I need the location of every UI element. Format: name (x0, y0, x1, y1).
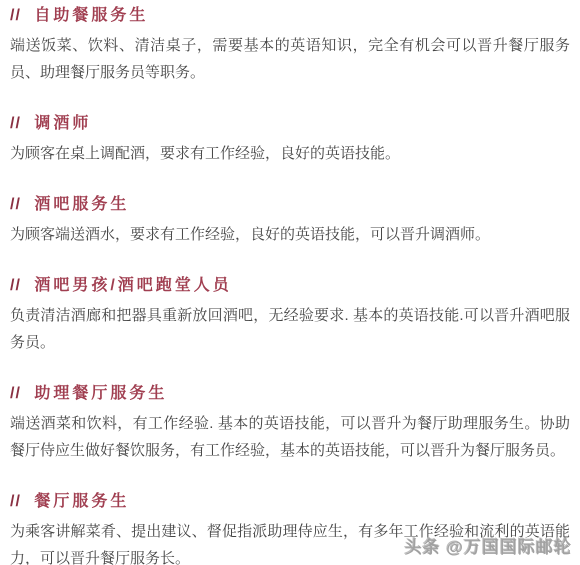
job-title-heading: // 调酒师 (10, 114, 570, 134)
job-title-text: 自助餐服务生 (34, 7, 148, 24)
slash-marker: // (10, 196, 21, 213)
job-description: 端送饭菜、饮料、清洁桌子，需要基本的英语知识，完全有机会可以晋升餐厅服务员、助理… (10, 32, 570, 86)
job-title-text: 酒吧男孩/酒吧跑堂人员 (34, 277, 231, 294)
job-title-heading: // 酒吧服务生 (10, 195, 570, 215)
job-title-heading: // 酒吧男孩/酒吧跑堂人员 (10, 276, 570, 296)
job-section: // 酒吧男孩/酒吧跑堂人员 负责清洁酒廊和把器具重新放回酒吧，无经验要求. 基… (10, 276, 570, 356)
toutiao-watermark: 头条 @万国国际邮轮 (405, 533, 572, 558)
job-title-text: 酒吧服务生 (34, 196, 129, 213)
job-description: 负责清洁酒廊和把器具重新放回酒吧，无经验要求. 基本的英语技能.可以晋升酒吧服务… (10, 302, 570, 356)
job-listing-document: // 自助餐服务生 端送饭菜、饮料、清洁桌子，需要基本的英语知识，完全有机会可以… (0, 0, 580, 565)
job-section: // 自助餐服务生 端送饭菜、饮料、清洁桌子，需要基本的英语知识，完全有机会可以… (10, 6, 570, 86)
job-title-text: 调酒师 (34, 115, 91, 132)
job-section-list: // 自助餐服务生 端送饭菜、饮料、清洁桌子，需要基本的英语知识，完全有机会可以… (10, 6, 570, 565)
slash-marker: // (10, 493, 21, 510)
job-section: // 助理餐厅服务生 端送酒菜和饮料，有工作经验. 基本的英语技能，可以晋升为餐… (10, 384, 570, 464)
job-description: 为顾客端送酒水，要求有工作经验，良好的英语技能，可以晋升调酒师。 (10, 221, 570, 248)
slash-marker: // (10, 115, 21, 132)
job-title-text: 助理餐厅服务生 (34, 385, 167, 402)
slash-marker: // (10, 7, 21, 24)
job-title-heading: // 自助餐服务生 (10, 6, 570, 26)
slash-marker: // (10, 385, 21, 402)
job-description: 为顾客在桌上调配酒，要求有工作经验，良好的英语技能。 (10, 140, 570, 167)
job-title-heading: // 餐厅服务生 (10, 492, 570, 512)
job-section: // 酒吧服务生 为顾客端送酒水，要求有工作经验，良好的英语技能，可以晋升调酒师… (10, 195, 570, 248)
job-title-heading: // 助理餐厅服务生 (10, 384, 570, 404)
job-description: 端送酒菜和饮料，有工作经验. 基本的英语技能，可以晋升为餐厅助理服务生。协助餐厅… (10, 410, 570, 464)
job-title-text: 餐厅服务生 (34, 493, 129, 510)
slash-marker: // (10, 277, 21, 294)
job-section: // 调酒师 为顾客在桌上调配酒，要求有工作经验，良好的英语技能。 (10, 114, 570, 167)
